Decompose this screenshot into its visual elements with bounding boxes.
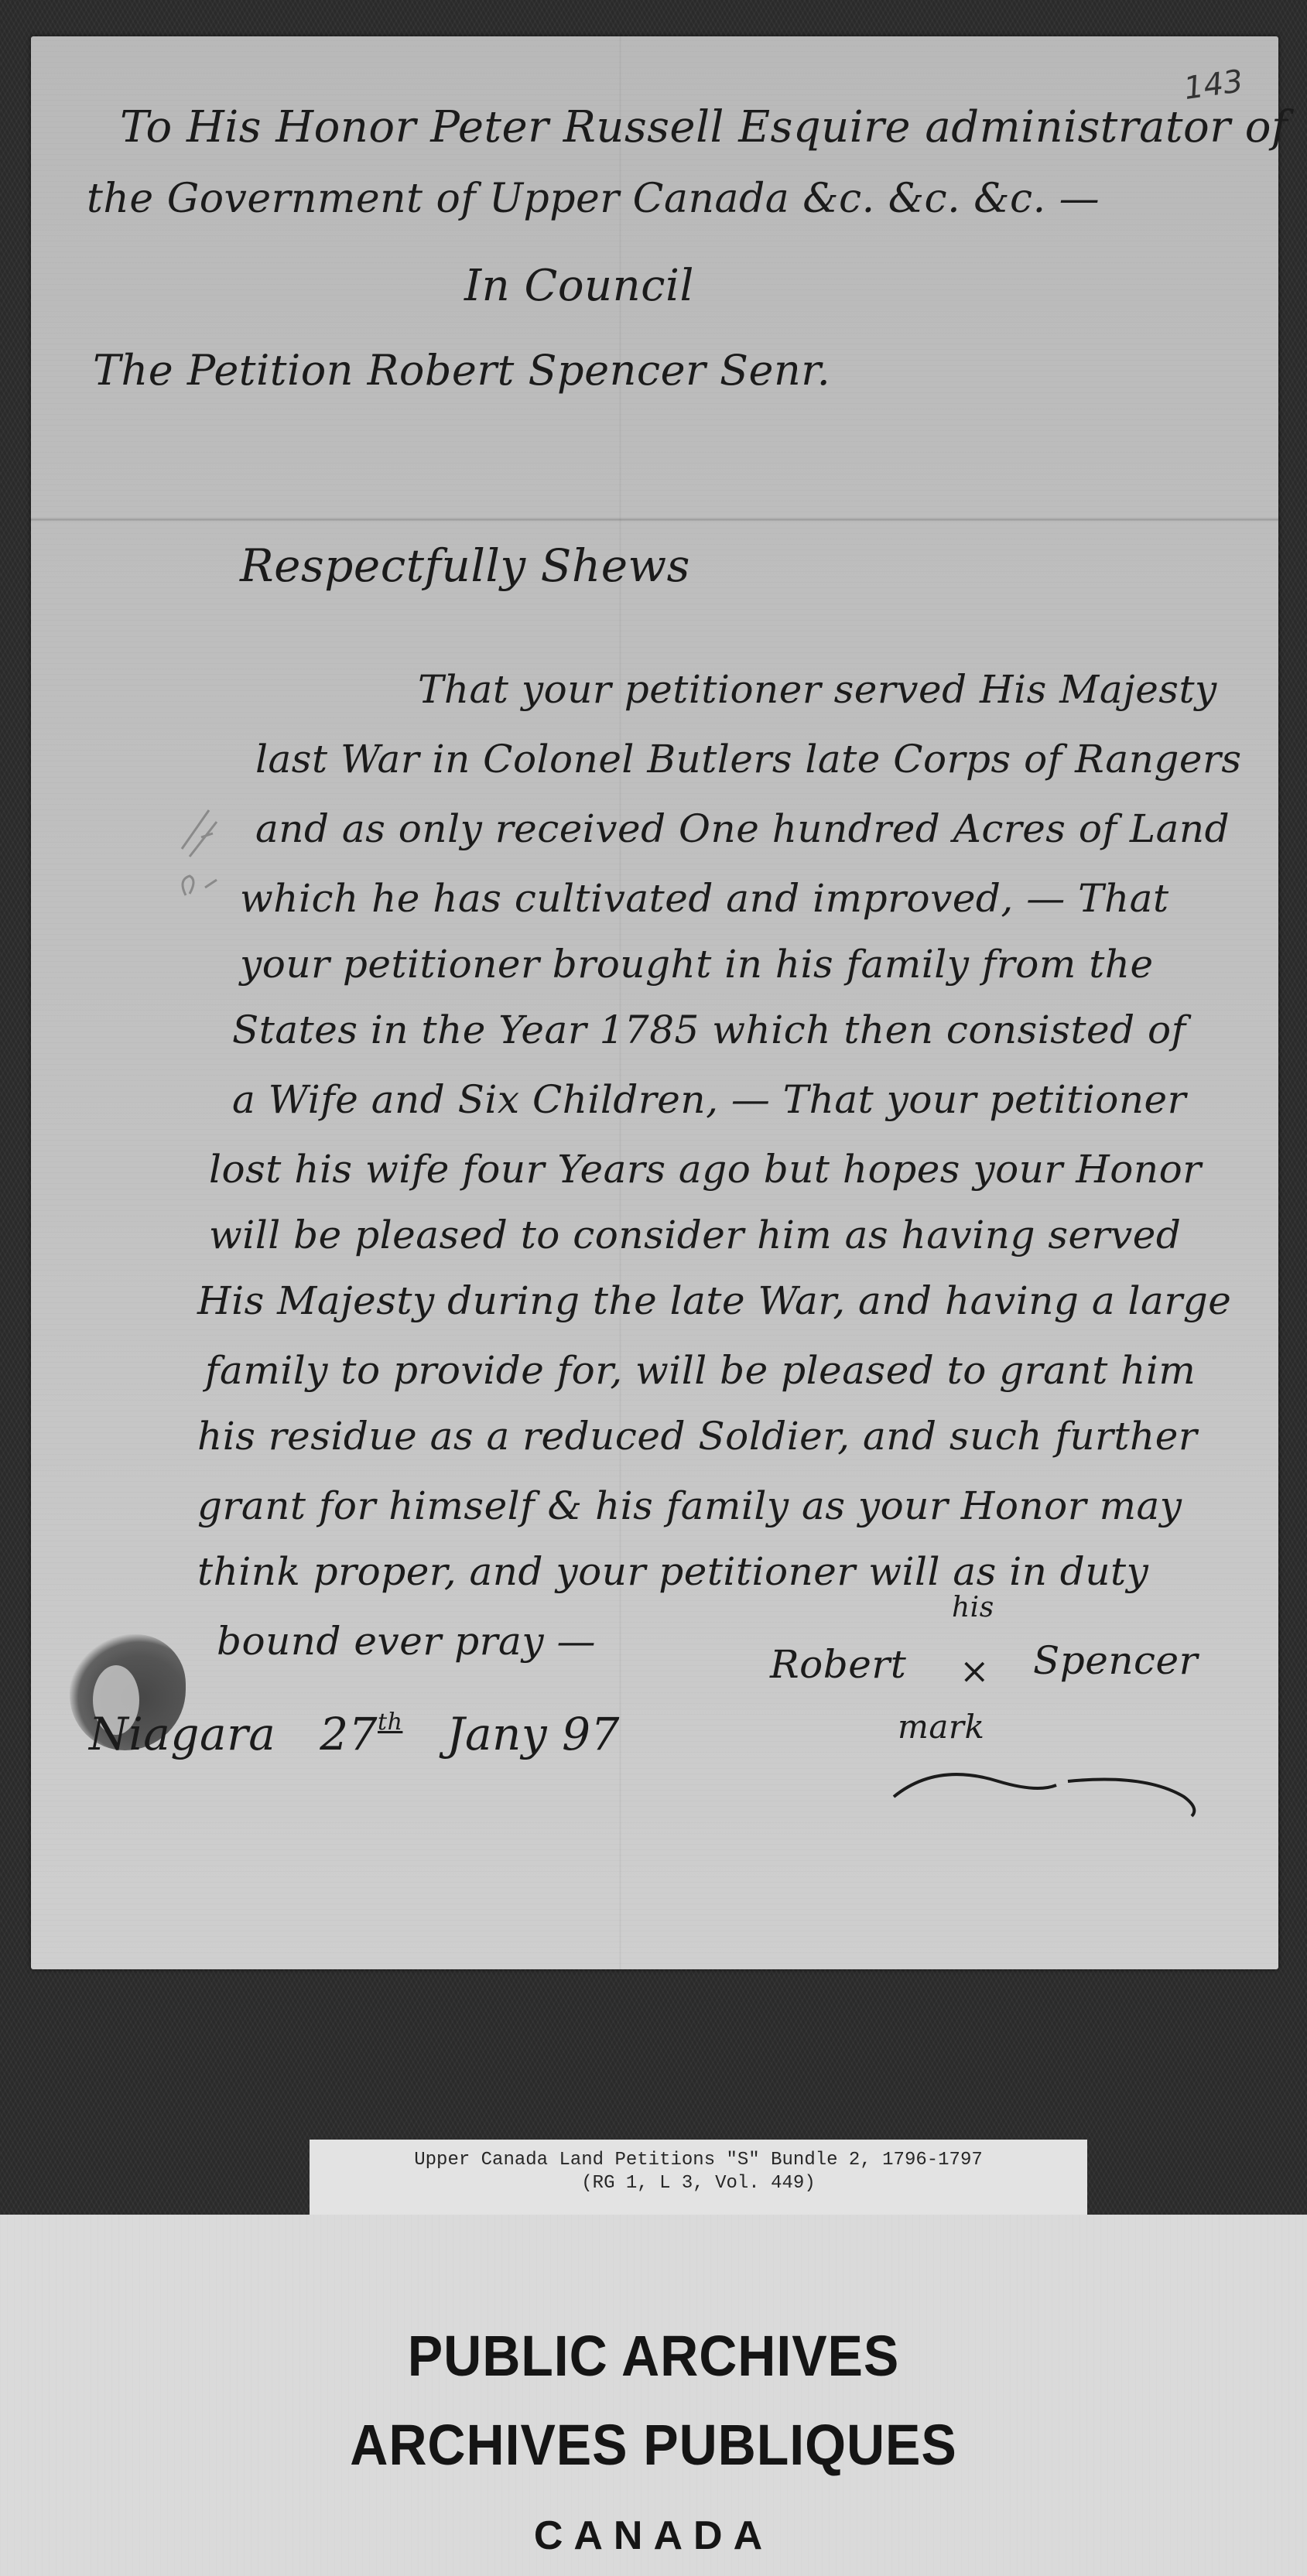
body-line: a Wife and Six Children, — That your pet…: [232, 1077, 1186, 1122]
date-day: 27: [320, 1708, 378, 1760]
archives-footer-card: PUBLIC ARCHIVES ARCHIVES PUBLIQUES CANAD…: [0, 2215, 1307, 2576]
page-number: 143: [1182, 63, 1245, 107]
body-line: family to provide for, will be pleased t…: [205, 1348, 1196, 1393]
archive-reference-number: (RG 1, L 3, Vol. 449): [310, 2172, 1087, 2195]
body-line: think proper, and your petitioner will a…: [197, 1549, 1148, 1594]
date-day-suffix: th: [378, 1709, 402, 1736]
body-line: bound ever pray —: [217, 1619, 596, 1664]
in-council-heading: In Council: [464, 261, 694, 311]
archive-reference-label: Upper Canada Land Petitions "S" Bundle 2…: [310, 2140, 1087, 2215]
date-month-year: Jany 97: [447, 1708, 620, 1760]
body-line: will be pleased to consider him as havin…: [209, 1213, 1181, 1257]
signature-mark-label: mark: [898, 1708, 984, 1746]
petition-document: 143 To His Honor Peter Russell Esquire a…: [31, 36, 1278, 1969]
margin-pencil-marks: [174, 802, 228, 903]
signature-flourish: [890, 1766, 1215, 1828]
body-line: last War in Colonel Butlers late Corps o…: [255, 737, 1242, 782]
signature-his: his: [952, 1592, 994, 1623]
body-line: your petitioner brought in his family fr…: [240, 942, 1154, 987]
body-line: and as only received One hundred Acres o…: [255, 806, 1230, 851]
body-line: grant for himself & his family as your H…: [197, 1483, 1182, 1528]
body-line: lost his wife four Years ago but hopes y…: [209, 1147, 1202, 1192]
address-line-2: the Government of Upper Canada &c. &c. &…: [87, 176, 1100, 222]
body-line: His Majesty during the late War, and hav…: [197, 1278, 1231, 1323]
body-line: which he has cultivated and improved, — …: [240, 876, 1169, 921]
address-line-1: To His Honor Peter Russell Esquire admin…: [120, 102, 1288, 152]
body-line: States in the Year 1785 which then consi…: [232, 1007, 1186, 1052]
petition-heading: The Petition Robert Spencer Senr.: [93, 346, 830, 395]
body-line: his residue as a reduced Soldier, and su…: [197, 1414, 1197, 1459]
salutation: Respectfully Shews: [240, 539, 690, 592]
signature-last-name: Spencer: [1033, 1638, 1198, 1683]
footer-archives-publiques: ARCHIVES PUBLIQUES: [53, 2412, 1255, 2478]
footer-canada: CANADA: [0, 2513, 1307, 2559]
footer-public-archives: PUBLIC ARCHIVES: [53, 2323, 1255, 2389]
signature-mark-x: ×: [960, 1650, 990, 1692]
horizontal-fold-line: [31, 518, 1278, 522]
body-line: That your petitioner served His Majesty: [418, 667, 1217, 712]
place-date-line: Niagara 27th Jany 97: [89, 1708, 620, 1760]
archive-collection-title: Upper Canada Land Petitions "S" Bundle 2…: [310, 2149, 1087, 2172]
signature-first-name: Robert: [770, 1642, 906, 1687]
place: Niagara: [89, 1708, 275, 1760]
vertical-fold-line: [619, 36, 621, 1969]
